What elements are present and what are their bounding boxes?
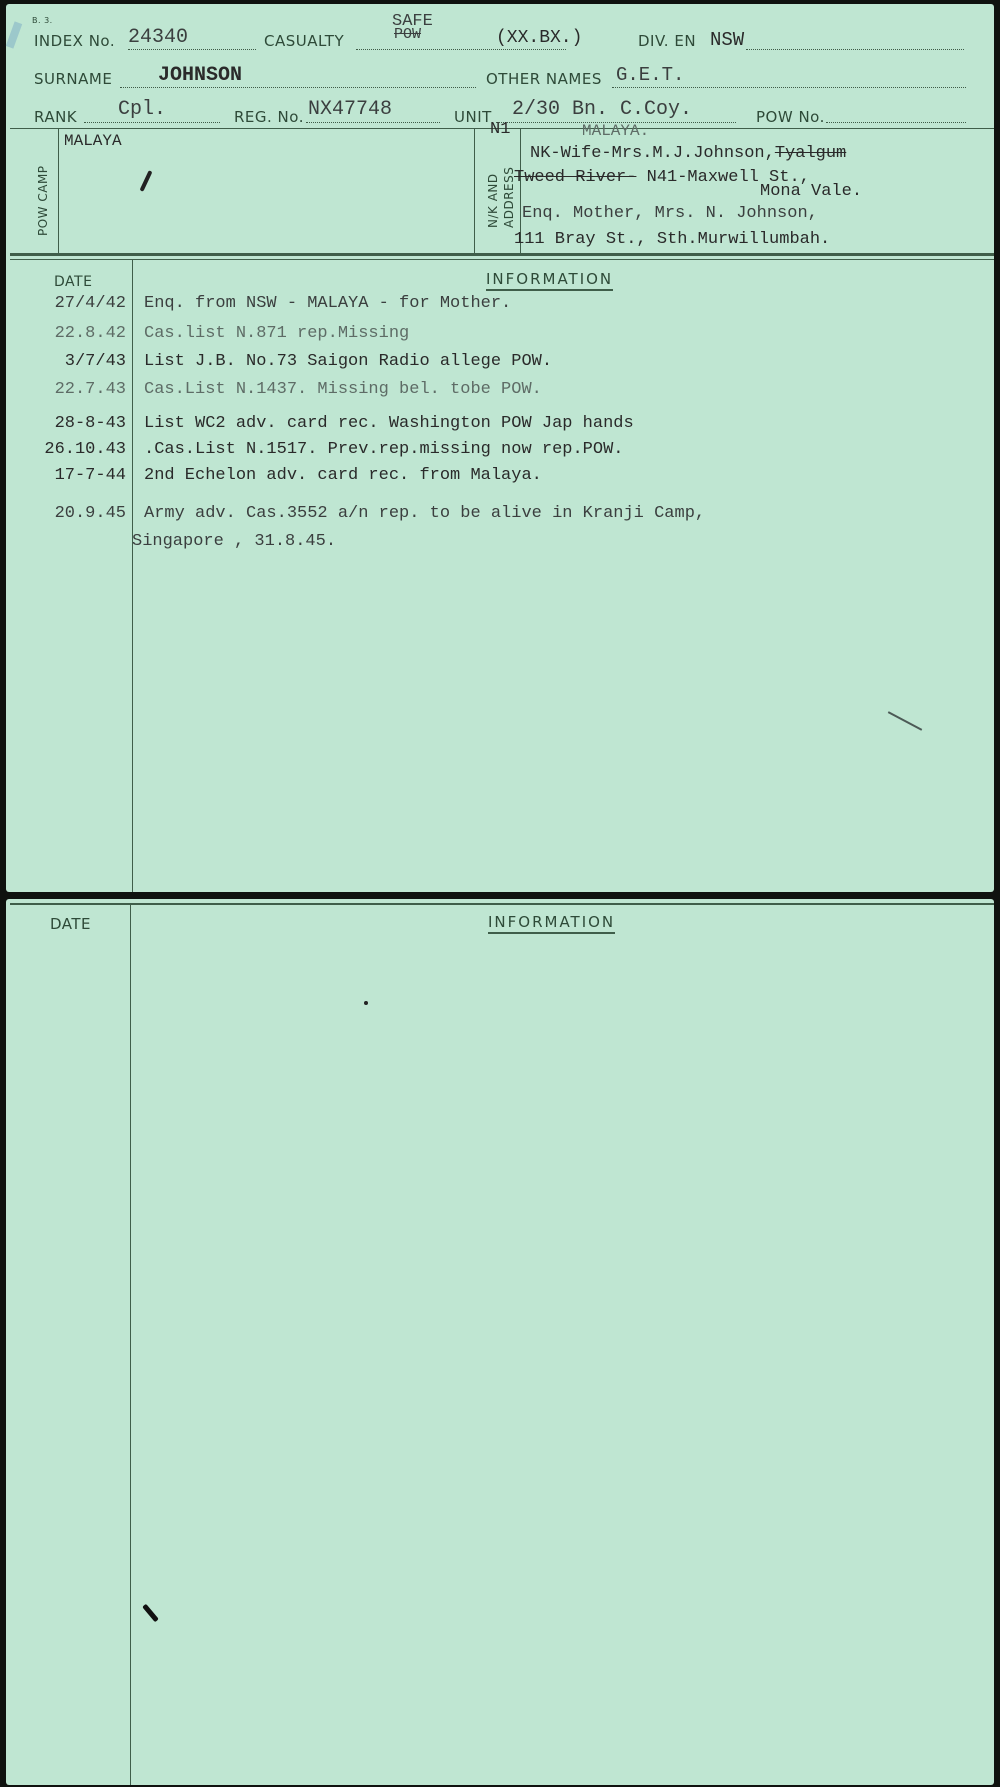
form-code: B. 3. [32, 16, 53, 25]
unit-label: UNIT [454, 108, 492, 126]
dot-mark-icon [364, 1001, 368, 1005]
entry-date: 26.10.43 [14, 440, 126, 459]
ink-mark-icon [6, 21, 22, 48]
ink-blot-icon [140, 170, 153, 192]
entry-info: Enq. from NSW - MALAYA - for Mother. [144, 294, 511, 313]
entry-date: 22.7.43 [14, 380, 126, 399]
pow-camp-value: MALAYA [64, 132, 122, 150]
rank-value: Cpl. [118, 98, 166, 121]
entry-info: Army adv. Cas.3552 a/n rep. to be alive … [144, 504, 705, 523]
surname-label: SURNAME [34, 70, 112, 88]
entry-info: List WC2 adv. card rec. Washington POW J… [144, 414, 634, 433]
entry-info: .Cas.List N.1517. Prev.rep.missing now r… [144, 440, 623, 459]
unit-value: 2/30 Bn. C.Coy. [512, 98, 692, 121]
entry-info: Cas.List N.1437. Missing bel. tobe POW. [144, 380, 542, 399]
entry-date: 22.8.42 [14, 324, 126, 343]
nk-code: N1 [490, 120, 510, 139]
nk-line-1: MALAYA. [582, 122, 649, 140]
date-header: DATE [54, 274, 92, 290]
div-value: NSW [710, 29, 744, 51]
record-card-back: DATE INFORMATION [6, 899, 994, 1785]
entry-date: 17-7-44 [14, 466, 126, 485]
entry-date: 20.9.45 [14, 504, 126, 523]
pow-camp-label: POW CAMP [36, 165, 50, 236]
rank-label: RANK [34, 108, 77, 126]
surname-value: JOHNSON [158, 64, 242, 87]
casualty-paren: (XX.BX.) [496, 28, 582, 48]
back-info-header: INFORMATION [488, 913, 615, 934]
pow-no-label: POW No. [756, 108, 825, 126]
record-card-front: B. 3. INDEX No. 24340 CASUALTY SAFE POW … [6, 4, 994, 892]
pen-mark-icon [888, 711, 922, 731]
info-header: INFORMATION [486, 270, 613, 291]
entry-date: 3/7/43 [14, 352, 126, 371]
casualty-struck: POW [394, 26, 421, 43]
div-label: DIV. EN [638, 32, 696, 50]
entry-info: 2nd Echelon adv. card rec. from Malaya. [144, 466, 542, 485]
nk-line-2: NK-Wife-Mrs.M.J.Johnson,Tyalgum [530, 144, 846, 163]
nk-line-4: Mona Vale. [760, 182, 862, 201]
nk-line-6: 111 Bray St., Sth.Murwillumbah. [514, 230, 830, 249]
nk-line-5: Enq. Mother, Mrs. N. Johnson, [522, 204, 818, 223]
reg-label: REG. No. [234, 108, 304, 126]
entry-info-continued: Singapore , 31.8.45. [132, 532, 336, 551]
index-value: 24340 [128, 26, 188, 49]
entry-date: 28-8-43 [14, 414, 126, 433]
entry-info: List J.B. No.73 Saigon Radio allege POW. [144, 352, 552, 371]
index-label: INDEX No. [34, 32, 115, 50]
nk-label: N/K AND [486, 173, 500, 228]
entry-date: 27/4/42 [14, 294, 126, 313]
casualty-label: CASUALTY [264, 32, 344, 50]
other-names-label: OTHER NAMES [486, 70, 602, 88]
entry-info: Cas.list N.871 rep.Missing [144, 324, 409, 343]
reg-value: NX47748 [308, 98, 392, 121]
other-names-value: G.E.T. [616, 64, 684, 86]
ink-blot-icon [142, 1604, 159, 1623]
back-date-header: DATE [50, 915, 91, 933]
